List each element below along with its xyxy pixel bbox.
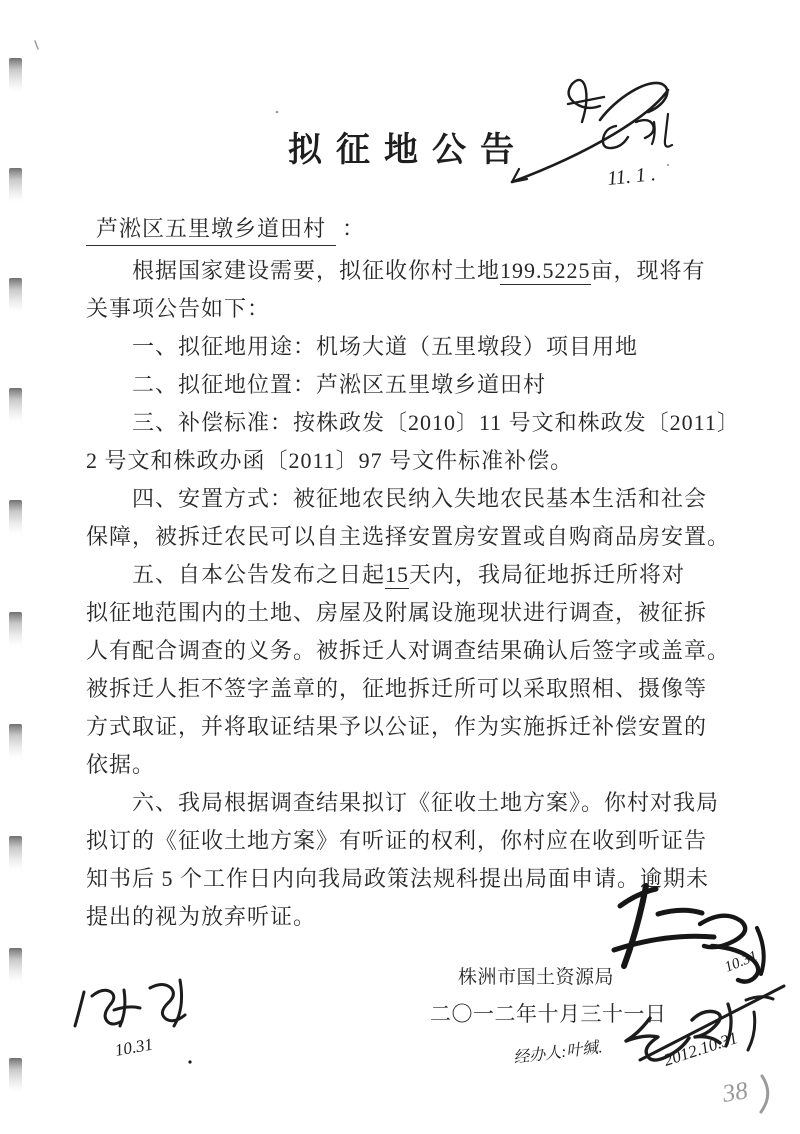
underlined-value: 199.5225	[500, 258, 591, 285]
body-text: 知书后 5 个工作日内向我局政策法规科提出局面申请。逾期未	[86, 866, 709, 891]
body-text: 四、安置方式：被征地农民纳入失地农民基本生活和社会	[132, 486, 707, 511]
body-line: 关事项公告如下：	[86, 290, 738, 328]
svg-text:38: 38	[720, 1077, 750, 1108]
scan-speck	[276, 111, 279, 114]
body-line: 拟订的《征收土地方案》有听证的权利，你村应在收到听证告	[86, 822, 738, 860]
addressee-colon: ：	[342, 216, 365, 241]
body-line: 2 号文和株政办函〔2011〕97 号文件标准补偿。	[86, 442, 738, 480]
body-line: 五、自本公告发布之日起 15 天内，我局征地拆迁所将对	[86, 556, 738, 594]
handler-note: 经办人:叶缄.	[512, 1038, 603, 1067]
body-text: 六、我局根据调查结果拟订《征收土地方案》。你村对我局	[132, 790, 719, 815]
body-text: 被拆迁人拒不签字盖章的，征地拆迁所可以采取照相、摄像等	[86, 676, 707, 701]
binding-mark	[9, 724, 22, 760]
handwritten-date-note: 11. 1 .	[606, 163, 657, 190]
handwritten-date-note: 10.31	[723, 948, 760, 975]
binding-mark	[9, 168, 22, 204]
body-text: 根据国家建设需要，拟征收你村土地	[132, 258, 500, 283]
body-text: 方式取证，并将取证结果予以公证，作为实施拆迁补偿安置的	[86, 714, 707, 739]
body-text: 拟订的《征收土地方案》有听证的权利，你村应在收到听证告	[86, 828, 707, 853]
body-text: 人有配合调查的义务。被拆迁人对调查结果确认后签字或盖章。	[86, 638, 730, 663]
body-line: 拟征地范围内的土地、房屋及附属设施现状进行调查，被征拆	[86, 594, 738, 632]
body-text: 提出的视为放弃听证。	[86, 904, 316, 929]
scan-speck	[35, 41, 38, 49]
binding-mark	[9, 836, 22, 872]
body-text: 天内，我局征地拆迁所将对	[409, 562, 685, 587]
body-line: 提出的视为放弃听证。	[86, 898, 738, 936]
body-text: 保障，被拆迁农民可以自主选择安置房安置或自购商品房安置。	[86, 524, 730, 549]
body-line: 知书后 5 个工作日内向我局政策法规科提出局面申请。逾期未	[86, 860, 738, 898]
body-line: 一、拟征地用途：机场大道（五里墩段）项目用地	[86, 328, 738, 366]
body-text: 亩，现将有	[591, 258, 706, 283]
body-line: 依据。	[86, 746, 738, 784]
left-signature-icon: 10.31	[75, 980, 192, 1064]
body-text: 2 号文和株政办函〔2011〕97 号文件标准补偿。	[86, 448, 573, 473]
body-line: 保障，被拆迁农民可以自主选择安置房安置或自购商品房安置。	[86, 518, 738, 556]
body-text: 依据。	[86, 752, 155, 777]
addressee-name: 芦淞区五里墩乡道田村	[86, 212, 336, 246]
underlined-value: 15	[385, 562, 409, 589]
body-line: 根据国家建设需要，拟征收你村土地 199.5225 亩，现将有	[86, 252, 738, 290]
title-signature-icon: 11. 1 .	[512, 80, 672, 190]
binding-mark	[9, 612, 22, 648]
binding-mark	[9, 500, 22, 536]
body-text: 五、自本公告发布之日起	[132, 562, 385, 587]
page-title: 拟征地公告	[288, 122, 528, 171]
body-text: 三、补偿标准：按株政发〔2010〕11 号文和株政发〔2011〕	[132, 410, 740, 435]
binding-mark	[9, 1058, 22, 1094]
binding-mark	[9, 58, 22, 94]
body-text: 关事项公告如下：	[86, 296, 270, 321]
issuer-name: 株洲市国土资源局	[458, 962, 614, 989]
issue-date: 二〇一二年十月三十一日	[430, 998, 667, 1028]
handwritten-date-note: 10.31	[113, 1035, 154, 1060]
body-line: 被拆迁人拒不签字盖章的，征地拆迁所可以采取照相、摄像等	[86, 670, 738, 708]
body-line: 三、补偿标准：按株政发〔2010〕11 号文和株政发〔2011〕	[86, 404, 738, 442]
body-line: 人有配合调查的义务。被拆迁人对调查结果确认后签字或盖章。	[86, 632, 738, 670]
scanned-notice-page: 拟征地公告 芦淞区五里墩乡道田村： 根据国家建设需要，拟征收你村土地 199.5…	[0, 0, 800, 1134]
body-line: 六、我局根据调查结果拟订《征收土地方案》。你村对我局	[86, 784, 738, 822]
scan-speck	[667, 164, 669, 166]
handwritten-date-note: 2012.10.31	[661, 1028, 740, 1070]
body-line: 四、安置方式：被征地农民纳入失地农民基本生活和社会	[86, 480, 738, 518]
binding-mark	[9, 278, 22, 314]
binding-mark	[9, 388, 22, 424]
addressee-line: 芦淞区五里墩乡道田村：	[86, 212, 365, 246]
body-text: 拟征地范围内的土地、房屋及附属设施现状进行调查，被征拆	[86, 600, 707, 625]
body-line: 二、拟征地位置：芦淞区五里墩乡道田村	[86, 366, 738, 404]
body-text: 二、拟征地位置：芦淞区五里墩乡道田村	[132, 372, 546, 397]
binding-mark	[9, 948, 22, 984]
body-text: 一、拟征地用途：机场大道（五里墩段）项目用地	[132, 334, 638, 359]
body-lines: 根据国家建设需要，拟征收你村土地 199.5225 亩，现将有关事项公告如下：一…	[86, 252, 738, 936]
page-number-note: 38	[720, 1076, 768, 1112]
body-line: 方式取证，并将取证结果予以公证，作为实施拆迁补偿安置的	[86, 708, 738, 746]
